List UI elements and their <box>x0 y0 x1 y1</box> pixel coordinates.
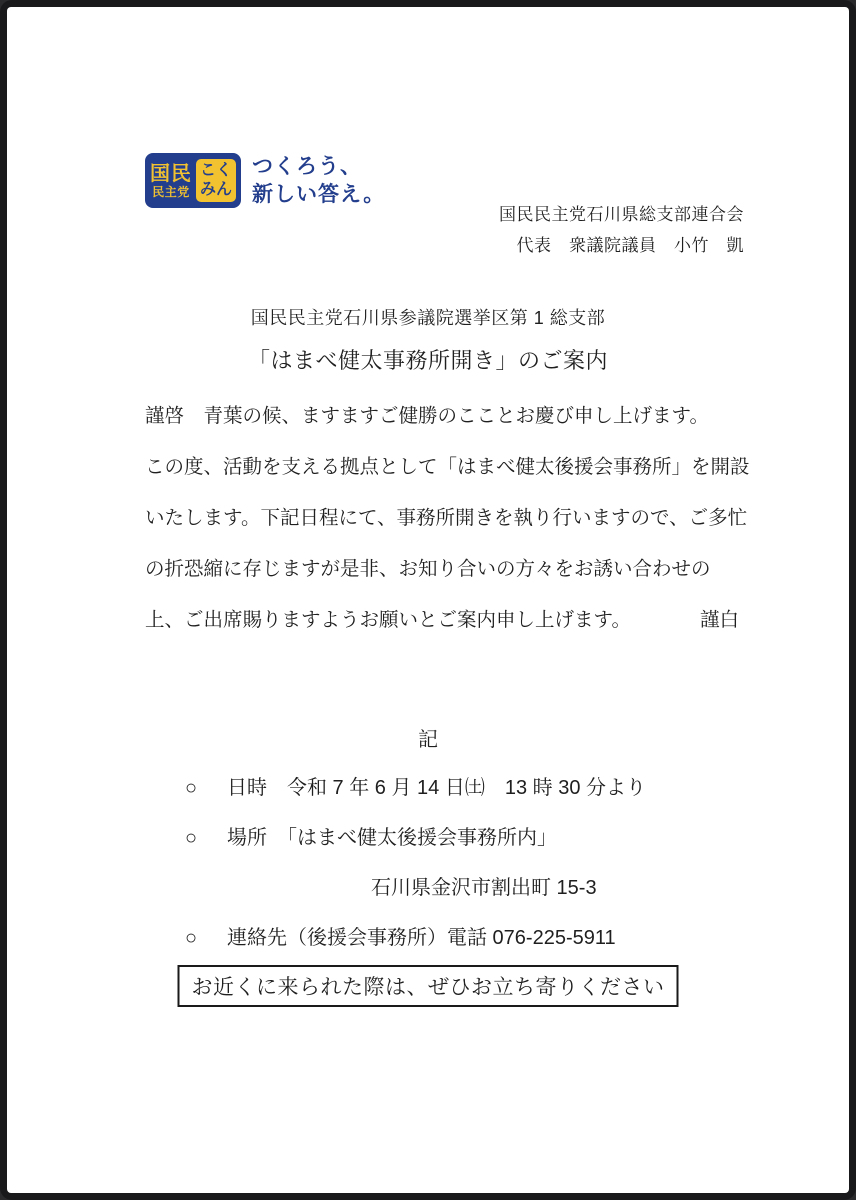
logo-text-kokumin: 国民 <box>150 164 192 184</box>
address-text: 石川県金沢市割出町 15-3 <box>371 863 597 913</box>
sender-representative: 代表 衆議院議員 小竹 凱 <box>499 230 744 261</box>
circle-bullet: ○ <box>185 763 227 813</box>
list-item-address: 石川県金沢市割出町 15-3 <box>185 863 646 913</box>
logo-kana-badge: こく みん <box>196 159 236 202</box>
logo-text-koku: こく <box>200 162 232 180</box>
sender-block: 国民民主党石川県総支部連合会 代表 衆議院議員 小竹 凱 <box>499 199 744 261</box>
contact-text: 連絡先（後援会事務所）電話 076-225-5911 <box>227 913 616 963</box>
letter-title: 国民民主党石川県参議院選挙区第 1 総支部 「はまべ健太事務所開き」のご案内 <box>7 304 849 375</box>
slogan-line-1: つくろう、 <box>252 153 385 181</box>
title-branch-name: 国民民主党石川県参議院選挙区第 1 総支部 <box>7 304 849 330</box>
body-line-4: の折恐縮に存じますが是非、お知り合いの方々をお誘い合わせの <box>145 544 739 595</box>
dpfp-logo: 国民 民主党 こく みん つくろう、 新しい答え。 <box>145 153 385 208</box>
body-line-2: この度、活動を支える拠点として「はまべ健太後援会事務所」を開設 <box>145 442 739 493</box>
place-text: 場所 「はまべ健太後援会事務所内」 <box>227 813 557 863</box>
datetime-text: 日時 令和 7 年 6 月 14 日㈯ 13 時 30 分より <box>227 763 646 813</box>
slogan-line-2: 新しい答え。 <box>252 181 385 209</box>
body-line-5-text: 上、ご出席賜りますようお願いとご案内申し上げます。 <box>145 595 631 646</box>
body-line-1: 謹啓 青葉の候、ますますご健勝のこことお慶び申し上げます。 <box>145 391 739 442</box>
title-main: 「はまべ健太事務所開き」のご案内 <box>7 344 849 375</box>
circle-bullet: ○ <box>185 813 227 863</box>
list-item-contact: ○ 連絡先（後援会事務所）電話 076-225-5911 <box>185 913 646 963</box>
logo-party-name: 国民 民主党 <box>150 164 192 198</box>
body-line-3: いたします。下記日程にて、事務所開きを執り行いますので、ご多忙 <box>145 493 739 544</box>
party-slogan: つくろう、 新しい答え。 <box>252 153 385 208</box>
notice-list: ○ 日時 令和 7 年 6 月 14 日㈯ 13 時 30 分より ○ 場所 「… <box>185 763 646 963</box>
body-line-5: 上、ご出席賜りますようお願いとご案内申し上げます。 謹白 <box>145 595 739 646</box>
dpfp-logo-mark: 国民 民主党 こく みん <box>145 153 241 208</box>
list-item-place: ○ 場所 「はまべ健太後援会事務所内」 <box>185 813 646 863</box>
circle-bullet: ○ <box>185 913 227 963</box>
letter-page: 国民 民主党 こく みん つくろう、 新しい答え。 国民民主党石川県総支部連合会… <box>7 7 849 1193</box>
photo-frame: 国民 民主党 こく みん つくろう、 新しい答え。 国民民主党石川県総支部連合会… <box>0 0 856 1200</box>
drop-by-notice-box: お近くに来られた際は、ぜひお立ち寄りください <box>178 965 679 1007</box>
sender-organization: 国民民主党石川県総支部連合会 <box>499 199 744 230</box>
logo-text-minshuto: 民主党 <box>150 186 192 198</box>
list-item-datetime: ○ 日時 令和 7 年 6 月 14 日㈯ 13 時 30 分より <box>185 763 646 813</box>
logo-text-min: みん <box>200 181 232 199</box>
letter-body: 謹啓 青葉の候、ますますご健勝のこことお慶び申し上げます。 この度、活動を支える… <box>145 391 739 646</box>
closing-word: 謹白 <box>700 595 739 646</box>
notice-heading: 記 <box>7 723 849 752</box>
